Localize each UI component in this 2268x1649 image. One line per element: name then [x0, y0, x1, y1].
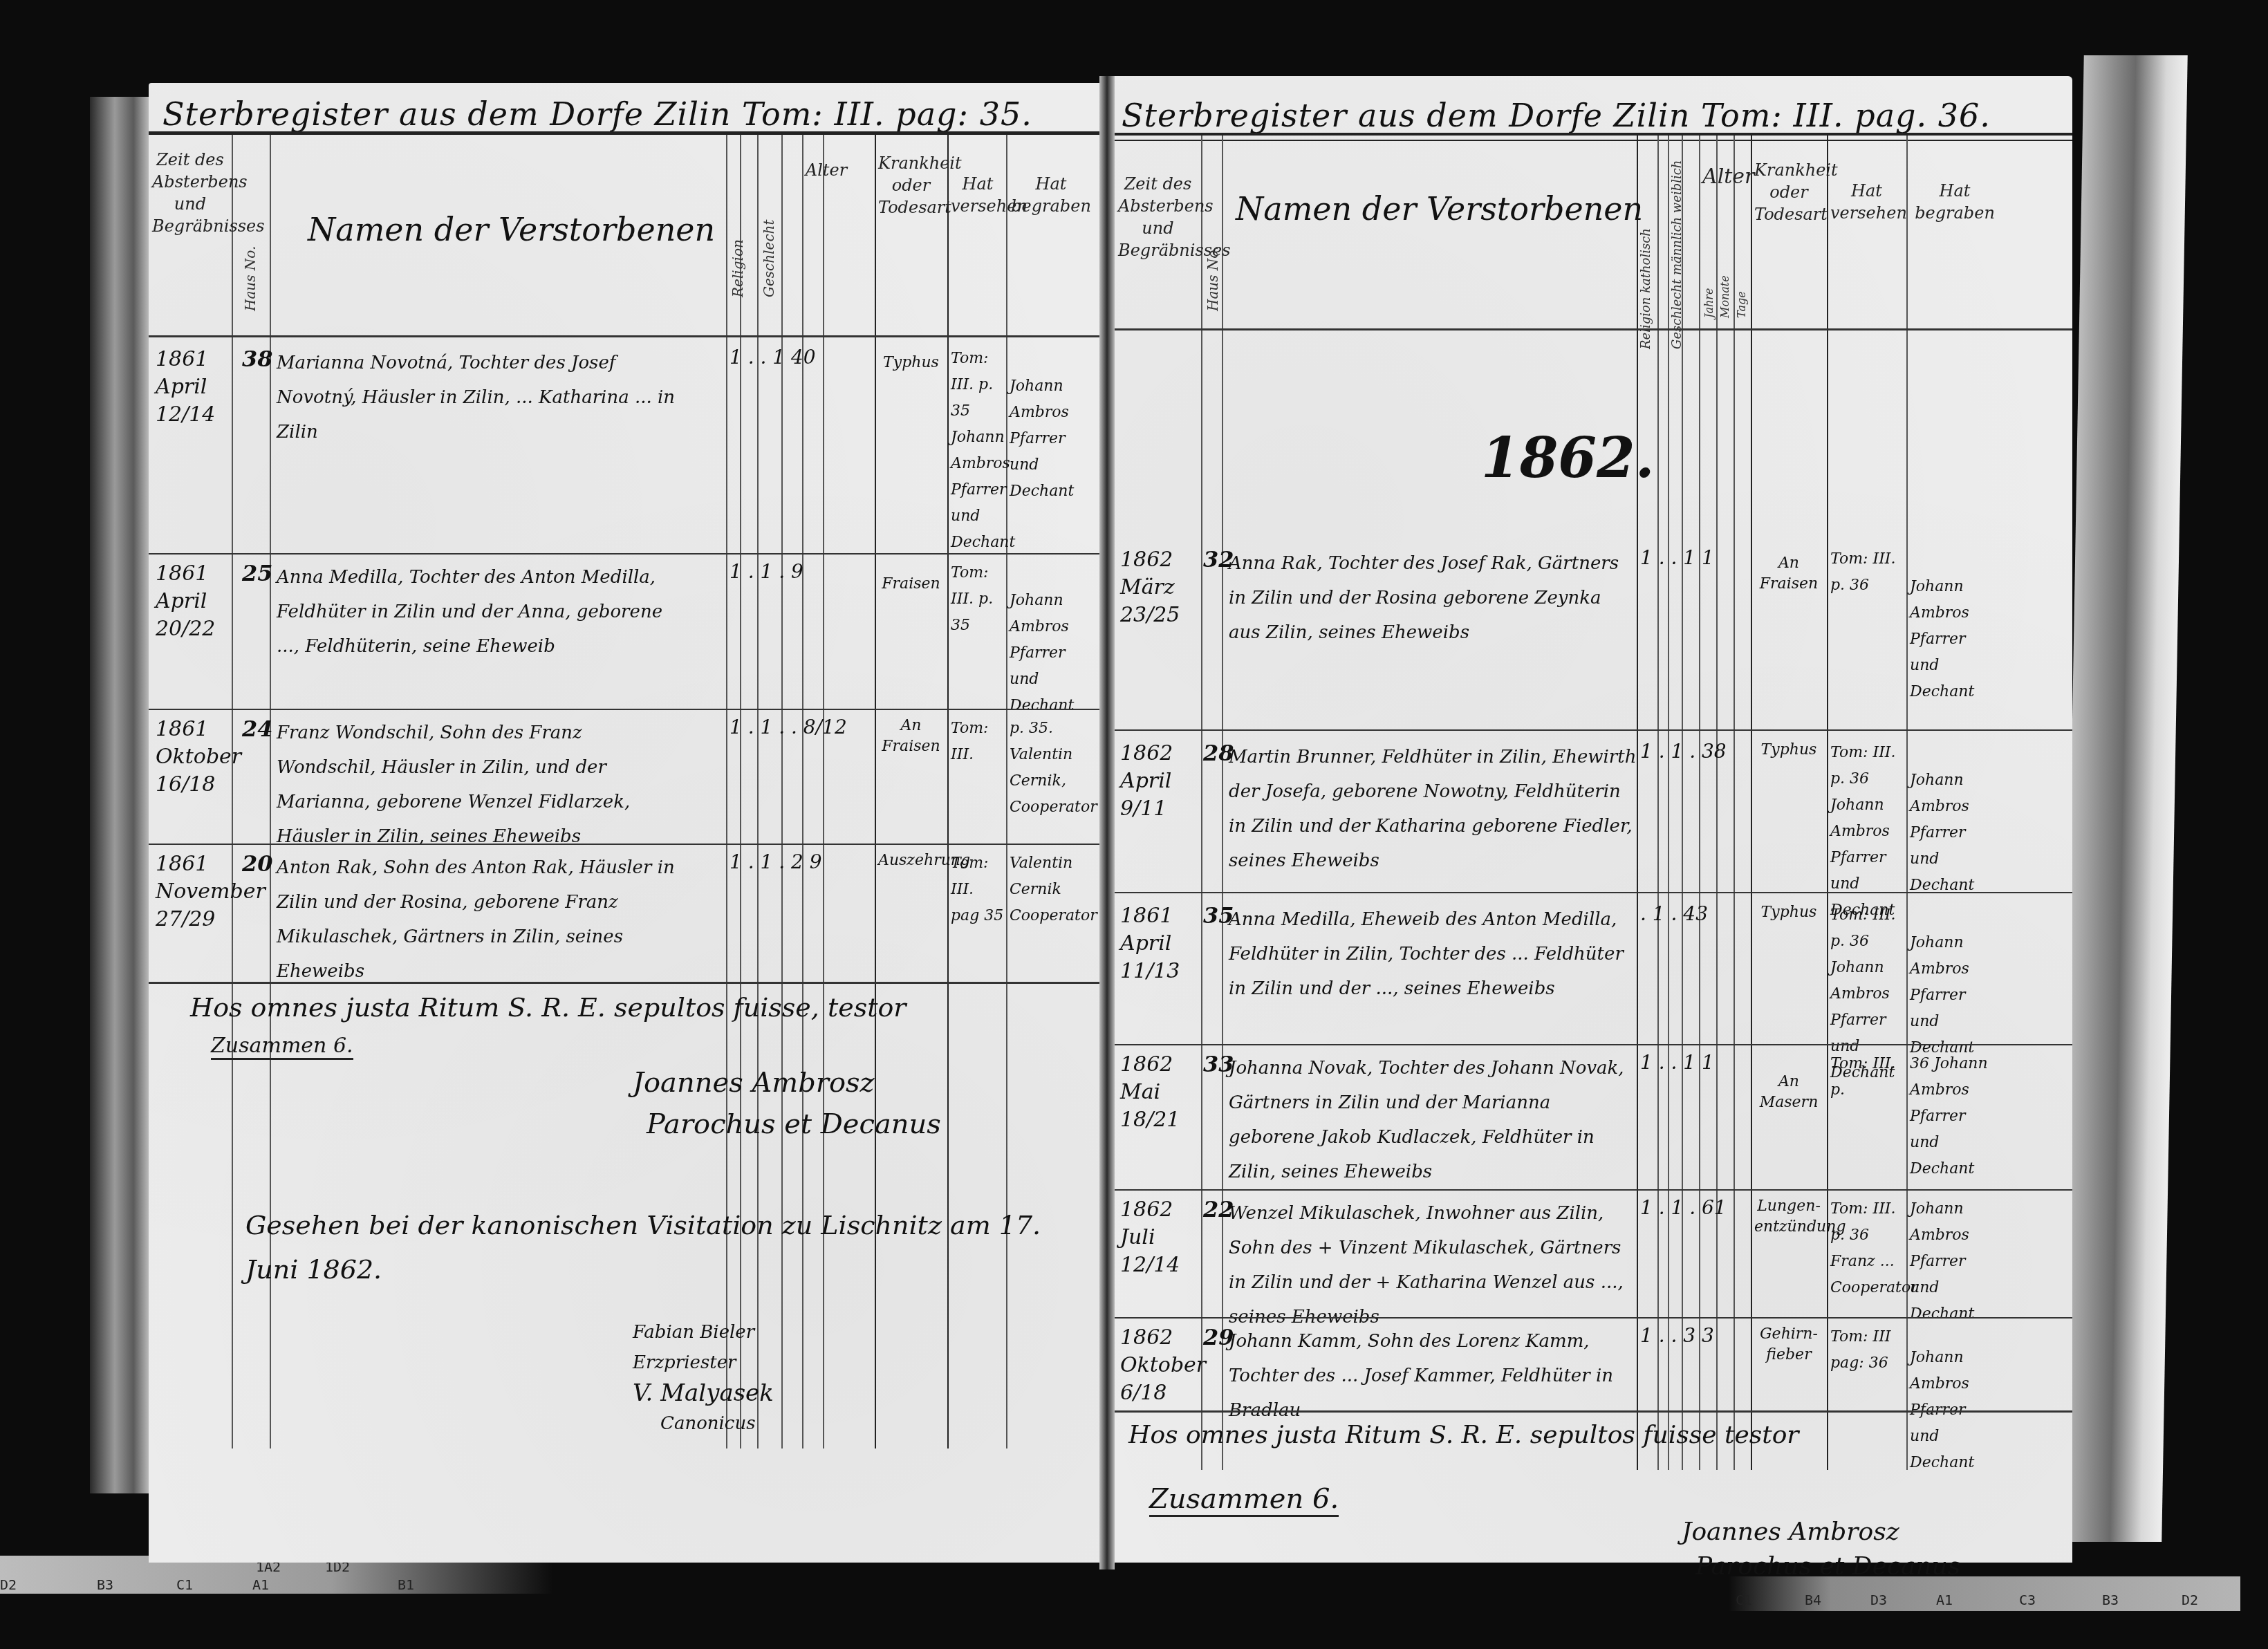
entry-name: Anna Rak, Tochter des Josef Rak, Gärtner… [1229, 546, 1637, 650]
header-date: Zeit des Absterbens und Begräbnisses [1118, 173, 1198, 261]
register-entry: 1861 April 20/22 25 Anna Medilla, Tochte… [149, 560, 1099, 712]
entry-buried-by: Johann Ambros Pfarrer und Dechant [1910, 1196, 2000, 1327]
header-house-no: Haus No. [1205, 173, 1221, 311]
entry-flags: 1 . . 1 40 [729, 346, 816, 369]
ruler-label: D3 [1870, 1592, 1887, 1608]
register-entry: 1861 November 27/29 20 Anton Rak, Sohn d… [149, 850, 1099, 975]
header-buried-by: Hat begraben [1010, 173, 1093, 217]
header-provided-by: Hat versehen [1830, 180, 1903, 224]
entry-name: Franz Wondschil, Sohn des Franz Wondschi… [277, 716, 685, 854]
entry-cause: An Fraisen [1754, 553, 1823, 595]
entry-rule [149, 844, 1099, 845]
entry-date: 1862 Juli 12/14 [1120, 1196, 1200, 1279]
entry-house-number: 38 [242, 346, 273, 372]
entry-buried-by: p. 35. Valentin Cernik, Cooperator [1010, 716, 1093, 821]
entry-date: 1862 April 9/11 [1120, 740, 1200, 823]
entry-rule [1115, 729, 2072, 731]
register-entry: 1861 April 12/14 38 Marianna Novotná, To… [149, 346, 1099, 553]
entry-buried-by: 36 Johann Ambros Pfarrer und Dechant [1910, 1051, 2000, 1182]
entry-provided-by: Tom: III pag: 36 [1830, 1324, 1903, 1377]
ruler-label: A1 [252, 1576, 269, 1593]
page-title: Sterbregister aus dem Dorfe Zilin Tom: I… [1122, 97, 1991, 134]
header-buried-by: Hat begraben [1910, 180, 2000, 224]
title-rule [1115, 133, 2072, 136]
entry-provided-by: Tom: III. p. 35 [951, 560, 1006, 639]
entry-date: 1861 April 20/22 [156, 560, 232, 643]
closing-attestation: Hos omnes justa Ritum S. R. E. sepultos … [190, 992, 907, 1023]
entry-total: Zusammen 6. [211, 1034, 353, 1060]
entry-flags: 1 . 1 . 9 [729, 560, 803, 583]
ruler-label: B1 [398, 1576, 414, 1593]
header-cause: Krankheit oder Todesart [1754, 159, 1823, 225]
ruler-label: D2 [0, 1576, 17, 1593]
entry-cause: Typhus [1754, 740, 1823, 761]
entry-name: Anton Rak, Sohn des Anton Rak, Häusler i… [277, 850, 685, 989]
ruler-label: C3 [2019, 1592, 2036, 1608]
header-provided-by: Hat versehen [951, 173, 1005, 217]
register-entry: 1862 Juli 12/14 22 Wenzel Mikulaschek, I… [1115, 1196, 2072, 1314]
entry-buried-by: Johann Ambros Pfarrer und Dechant [1910, 767, 2000, 899]
register-entry: 1861 April 11/13 35 Anna Medilla, Ehewei… [1115, 902, 2072, 1054]
book-gutter [1099, 76, 1115, 1569]
ruler-label: B4 [1805, 1592, 1821, 1608]
register-entry: 1861 Oktober 16/18 24 Franz Wondschil, S… [149, 716, 1099, 840]
header-rule [1115, 328, 2072, 330]
signature-name: Joannes Ambrosz [633, 1065, 875, 1101]
entry-provided-by: Tom: III. p. 35 Johann Ambros Pfarrer un… [951, 346, 1006, 556]
entry-date: 1861 April 12/14 [156, 346, 232, 429]
entry-name: Wenzel Mikulaschek, Inwohner aus Zilin, … [1229, 1196, 1637, 1334]
entry-provided-by: Tom: III. p. 36 [1830, 546, 1903, 599]
entry-rule [1115, 892, 2072, 893]
year-heading: 1862. [1481, 425, 1655, 490]
ruler-label: D2 [2182, 1592, 2198, 1608]
entry-rule [149, 709, 1099, 710]
entry-cause: Gehirn-fieber [1754, 1324, 1823, 1366]
header-name: Namen der Verstorbenen [1236, 190, 1643, 227]
entry-provided-by: Tom: III. p. 36 Franz ... Cooperator [1830, 1196, 1903, 1301]
header-religion: Religion katholisch [1639, 142, 1653, 349]
visitation-signature-line: V. Malyasek [633, 1378, 774, 1408]
register-page-left: Sterbregister aus dem Dorfe Zilin Tom: I… [149, 83, 1099, 1563]
entry-buried-by: Johann Ambros Pfarrer und Dechant [1910, 930, 2000, 1061]
entry-house-number: 25 [242, 560, 273, 586]
header-cause: Krankheit oder Todesart [878, 152, 944, 218]
entry-flags: 1 . . 3 3 [1640, 1324, 1714, 1347]
entry-house-number: 24 [242, 716, 273, 742]
entry-date: 1861 November 27/29 [156, 850, 232, 933]
register-entry: 1862 April 9/11 28 Martin Brunner, Feldh… [1115, 740, 2072, 899]
entry-rule [1115, 1044, 2072, 1045]
ruler-label: C1 [176, 1576, 193, 1593]
header-age-days: Tage [1735, 235, 1748, 318]
signature-title: Parochus et Decanus [647, 1106, 941, 1142]
header-name: Namen der Verstorbenen [308, 211, 715, 248]
entry-rule [1115, 1189, 2072, 1191]
entry-rule [1115, 1410, 2072, 1413]
entry-cause: An Masern [1754, 1072, 1823, 1113]
entry-date: 1862 Mai 18/21 [1120, 1051, 1200, 1134]
entry-provided-by: Tom: III. pag 35 [951, 850, 1006, 929]
entry-cause: An Fraisen [878, 716, 944, 757]
header-religion: Religion [729, 159, 746, 297]
title-rule [1115, 140, 2072, 141]
visitation-signature-line: Erzpriester [633, 1348, 774, 1378]
entry-total: Zusammen 6. [1149, 1483, 1339, 1517]
entry-provided-by: Tom: III. [951, 716, 1006, 768]
entry-flags: 1 . . 1 1 [1640, 546, 1714, 569]
header-age-years: Jahre [1702, 235, 1716, 318]
entry-flags: 1 . 1 . 38 [1640, 740, 1727, 763]
entry-flags: 1 . 1 . 61 [1640, 1196, 1727, 1219]
ruler-label: A1 [1936, 1592, 1953, 1608]
header-age: Alter [781, 159, 871, 181]
entry-cause: Typhus [878, 353, 944, 373]
entry-buried-by: Johann Ambros Pfarrer und Dechant [1910, 574, 2000, 705]
register-entry: 1862 Mai 18/21 33 Johanna Novak, Tochter… [1115, 1051, 2072, 1189]
entry-date: 1862 Oktober 6/18 [1120, 1324, 1200, 1407]
visitation-signature-line: Fabian Bieler [633, 1317, 774, 1348]
page-title: Sterbregister aus dem Dorfe Zilin Tom: I… [162, 95, 1032, 133]
entry-buried-by: Johann Ambros Pfarrer und Dechant [1010, 373, 1093, 505]
signature-title: Parochus et Decanus [1695, 1549, 1960, 1585]
entry-cause: Fraisen [878, 574, 944, 595]
entry-cause: Lungen-entzündung [1754, 1196, 1823, 1238]
entry-buried-by: Johann Ambros Pfarrer und Dechant [1010, 588, 1093, 719]
entry-rule [1115, 1317, 2072, 1319]
entry-buried-by: Valentin Cernik Cooperator [1010, 850, 1093, 929]
title-rule [149, 131, 1099, 135]
header-age: Alter [1702, 166, 1751, 188]
entry-flags: 1 . 1 . . 8/12 [729, 716, 847, 738]
visitation-signature-line: Canonicus [633, 1408, 774, 1439]
entry-provided-by: Tom: III. p. [1830, 1051, 1903, 1103]
entry-flags: 1 . 1 . 2 9 [729, 850, 822, 873]
register-page-right: Sterbregister aus dem Dorfe Zilin Tom: I… [1115, 76, 2072, 1563]
entry-provided-by: Tom: III. p. 36 Johann Ambros Pfarrer un… [1830, 740, 1903, 924]
entry-name: Martin Brunner, Feldhüter in Zilin, Ehew… [1229, 740, 1637, 878]
entry-cause: Auszehrung [878, 850, 944, 871]
header-sex: Geschlecht [761, 159, 777, 297]
header-rule [149, 335, 1099, 337]
entry-date: 1862 März 23/25 [1120, 546, 1200, 629]
closing-attestation: Hos omnes justa Ritum S. R. E. sepultos … [1128, 1421, 1799, 1449]
signature-name: Joannes Ambrosz [1682, 1514, 1899, 1550]
book-page-edges-right [2058, 55, 2188, 1542]
ruler-label: B3 [2102, 1592, 2119, 1608]
entry-rule [149, 982, 1099, 984]
register-entry: 1862 Oktober 6/18 29 Johann Kamm, Sohn d… [1115, 1324, 2072, 1414]
header-date: Zeit des Absterbens und Begräbnisses [152, 149, 228, 237]
entry-flags: . 1 . 43 [1640, 902, 1708, 925]
entry-name: Anna Medilla, Tochter des Anton Medilla,… [277, 560, 685, 664]
header-sex: Geschlecht männlich weiblich [1670, 142, 1684, 349]
ruler-label: B3 [97, 1576, 113, 1593]
entry-cause: Typhus [1754, 902, 1823, 923]
entry-date: 1861 Oktober 16/18 [156, 716, 232, 799]
entry-name: Johanna Novak, Tochter des Johann Novak,… [1229, 1051, 1637, 1189]
entry-name: Anna Medilla, Eheweib des Anton Medilla,… [1229, 902, 1637, 1006]
entry-rule [149, 553, 1099, 555]
entry-house-number: 20 [242, 850, 273, 877]
entry-flags: 1 . . 1 1 [1640, 1051, 1714, 1074]
book-page-edges-left [90, 97, 152, 1493]
visitation-note: Gesehen bei der kanonischen Visitation z… [245, 1203, 1075, 1292]
visitation-signature: Fabian Bieler Erzpriester V. Malyasek Ca… [633, 1317, 774, 1439]
header-age-months: Monate [1718, 235, 1731, 318]
header-house-no: Haus No. [242, 159, 259, 311]
register-entry: 1862 März 23/25 32 Anna Rak, Tochter des… [1115, 546, 2072, 726]
ruler-label: C1 [1736, 1592, 1752, 1608]
entry-date: 1861 April 11/13 [1120, 902, 1200, 985]
entry-name: Marianna Novotná, Tochter des Josef Novo… [277, 346, 685, 449]
